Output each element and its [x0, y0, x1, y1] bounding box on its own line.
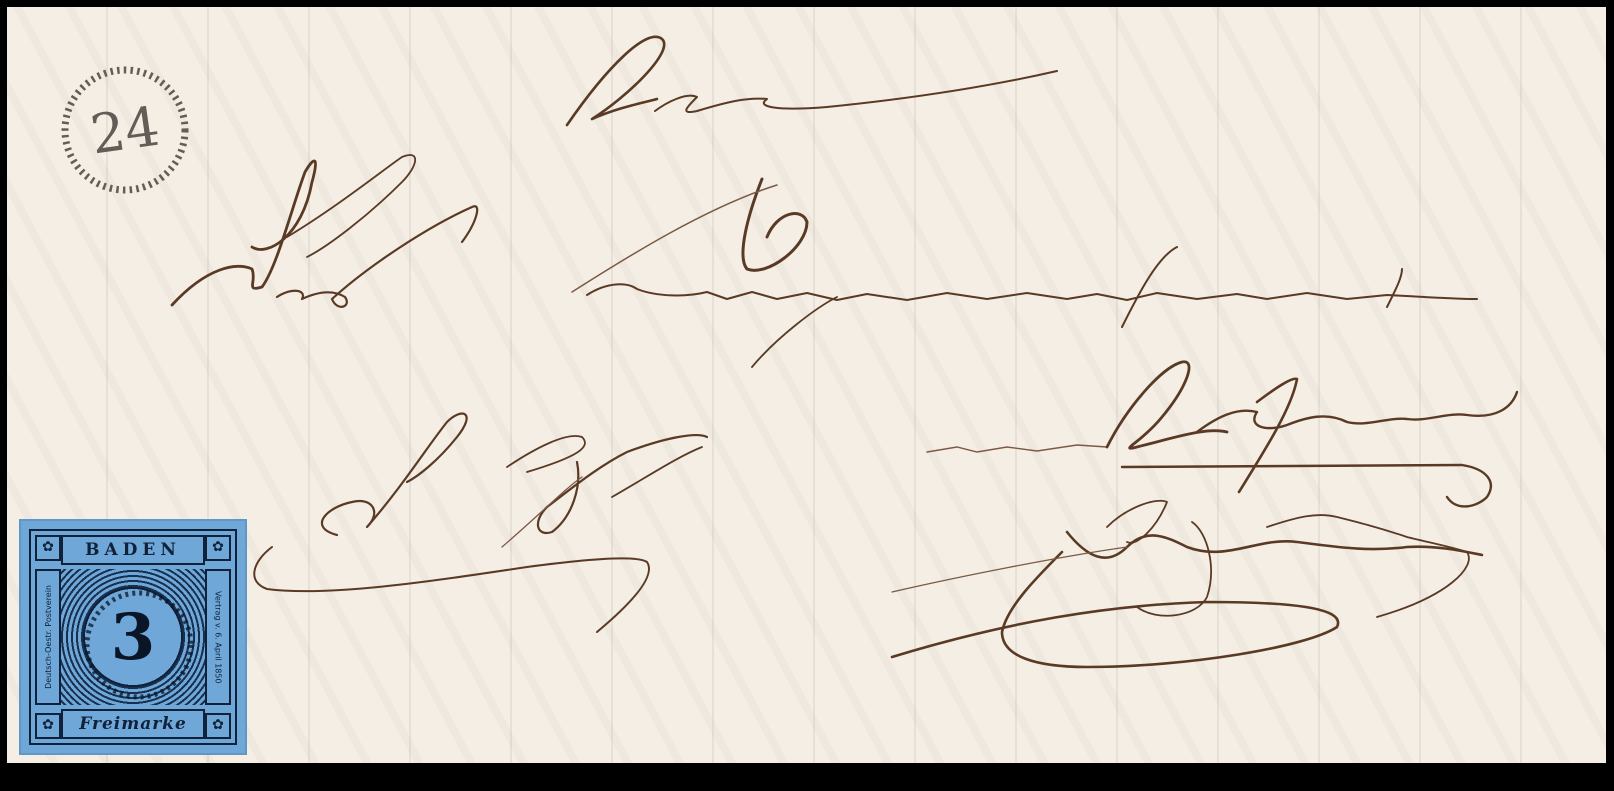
- stamp-cancel-icon: [61, 569, 217, 721]
- stamp-side-left: Deutsch-Oestr. Postverein: [35, 569, 61, 705]
- stamp-center-ornament: 3: [61, 569, 205, 705]
- baden-postage-stamp: ✿ ✿ ✿ ✿ BADEN Deutsch-Oestr. Postverein …: [19, 519, 247, 755]
- handwriting-das: [172, 155, 477, 307]
- handwriting-heidelberg: [892, 501, 1482, 667]
- rosette-icon: ✿: [35, 713, 61, 739]
- postmark-number: 24: [50, 55, 199, 204]
- rosette-icon: ✿: [205, 535, 231, 561]
- letter-paper: 24 ✿ ✿ ✿ ✿ BADEN Deutsch-Oestr. Postvere…: [7, 7, 1606, 763]
- numeral-postmark: 24: [59, 64, 191, 196]
- rosette-icon: ✿: [35, 535, 61, 561]
- stamp-freimarke-label: Freimarke: [61, 709, 205, 739]
- handwriting-an: [567, 37, 1057, 125]
- stamp-country-label: BADEN: [61, 535, 205, 565]
- stamp-frame: ✿ ✿ ✿ ✿ BADEN Deutsch-Oestr. Postverein …: [29, 529, 237, 745]
- handwriting-in-graefenberg: [927, 362, 1517, 507]
- handwriting-buergermeisteramt: [572, 179, 1477, 367]
- handwriting-notation: [254, 414, 707, 632]
